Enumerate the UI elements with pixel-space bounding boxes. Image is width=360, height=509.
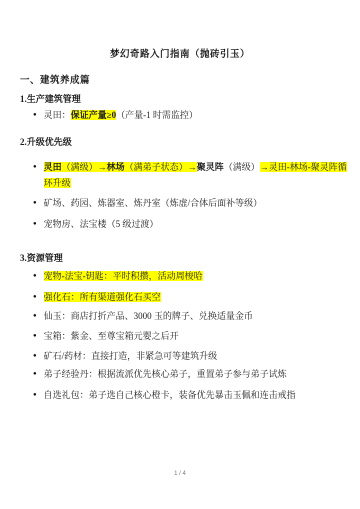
bullet-icon: ● <box>33 330 37 342</box>
page-number: 1 / 4 <box>0 471 360 477</box>
bullet-icon: ● <box>33 197 37 209</box>
bullet-text: 宠物-法宝-钥匙：平时积攒，活动周梭哈 <box>44 270 355 282</box>
bullet-icon: ● <box>33 161 37 173</box>
highlight-text: 宠物-法宝-钥匙：平时积攒，活动周梭哈 <box>44 271 203 281</box>
bullet-text: 灵田：保证产量≥0（产量-1 时需监控） <box>44 109 355 121</box>
bullet-text-plain: （满级） <box>224 162 260 172</box>
document-title: 梦幻奇路入门指南（抛砖引玉） <box>0 46 360 60</box>
bullet-text: 弟子经验丹：根据流派优先核心弟子，重置弟子参与弟子试炼 <box>44 368 355 380</box>
bullet-exp-pills: ● 弟子经验丹：根据流派优先核心弟子，重置弟子参与弟子试炼 <box>33 368 355 380</box>
bullet-upgrade-order: ● 灵田（满级）→林场（满弟子状态）→聚灵阵（满级）→灵田-林场-聚灵阵循 环升… <box>33 161 355 189</box>
bullet-optional-pack: ● 自选礼包：弟子选自己核心橙卡，装备优先暴击玉佩和连击戒指 <box>33 389 355 401</box>
highlight-text: 林场 <box>107 162 125 172</box>
bullet-text: 矿场、药园、炼器室、炼丹室（炼虚/合体后面补等级） <box>44 197 355 209</box>
bullet-ore-herbs: ● 矿石/药材：直接打造，非紧急可等建筑升级 <box>33 350 355 362</box>
bullet-text: 自选礼包：弟子选自己核心橙卡，装备优先暴击玉佩和连击戒指 <box>44 389 355 401</box>
highlight-text: （满弟子状态）→ <box>125 162 197 172</box>
bullet-enhance-stone: ● 强化石：所有渠道强化石买空 <box>33 291 355 303</box>
subsection-heading-production: 1.生产建筑管理 <box>20 92 81 105</box>
bullet-text: 宝箱：紫金、至尊宝箱元婴之后开 <box>44 330 355 342</box>
bullet-line-1: 灵田（满级）→林场（满弟子状态）→聚灵阵（满级）→灵田-林场-聚灵阵循 <box>44 161 355 173</box>
subsection-heading-upgrade: 2.升级优先级 <box>20 135 72 148</box>
bullet-icon: ● <box>33 291 37 303</box>
bullet-icon: ● <box>33 270 37 282</box>
bullet-text-plain: （产量-1 时需监控） <box>116 110 198 120</box>
bullet-text: 灵田（满级）→林场（满弟子状态）→聚灵阵（满级）→灵田-林场-聚灵阵循 环升级 <box>44 161 355 189</box>
bullet-text-bold: 聚灵阵 <box>197 162 224 172</box>
bullet-icon: ● <box>33 368 37 380</box>
subsection-heading-resources: 3.资源管理 <box>20 251 63 264</box>
bullet-icon: ● <box>33 109 37 121</box>
bullet-lingtian-output: ● 灵田：保证产量≥0（产量-1 时需监控） <box>33 109 355 121</box>
highlight-text: →灵田-林场-聚灵阵循 <box>260 162 347 172</box>
bullet-chests: ● 宝箱：紫金、至尊宝箱元婴之后开 <box>33 330 355 342</box>
document-page: 梦幻奇路入门指南（抛砖引玉） 一、建筑养成篇 1.生产建筑管理 ● 灵田：保证产… <box>0 0 360 509</box>
highlight-text: 环升级 <box>44 178 71 188</box>
bullet-text: 矿石/药材：直接打造，非紧急可等建筑升级 <box>44 350 355 362</box>
bullet-icon: ● <box>33 310 37 322</box>
bullet-icon: ● <box>33 389 37 401</box>
bullet-pets-keys: ● 宠物-法宝-钥匙：平时积攒，活动周梭哈 <box>33 270 355 282</box>
highlight-text: 强化石：所有渠道强化石买空 <box>44 292 161 302</box>
bullet-text-plain: 灵田： <box>44 110 71 120</box>
highlight-text: 保证产量≥0 <box>71 110 116 120</box>
bullet-pet-house: ● 宠物房、法宝楼（5 级过渡） <box>33 218 355 230</box>
section-heading-building: 一、建筑养成篇 <box>20 72 90 86</box>
bullet-text: 宠物房、法宝楼（5 级过渡） <box>44 218 355 230</box>
bullet-xianyu: ● 仙玉：商店打折产品、3000 玉的牌子、兑换适量金币 <box>33 310 355 322</box>
bullet-icon: ● <box>33 218 37 230</box>
bullet-text: 强化石：所有渠道强化石买空 <box>44 291 355 303</box>
bullet-text: 仙玉：商店打折产品、3000 玉的牌子、兑换适量金币 <box>44 310 355 322</box>
bullet-icon: ● <box>33 350 37 362</box>
bullet-mines-rooms: ● 矿场、药园、炼器室、炼丹室（炼虚/合体后面补等级） <box>33 197 355 209</box>
bullet-line-2: 环升级 <box>44 177 355 189</box>
highlight-text: 灵田 <box>44 162 62 172</box>
highlight-text: （满级）→ <box>62 162 107 172</box>
